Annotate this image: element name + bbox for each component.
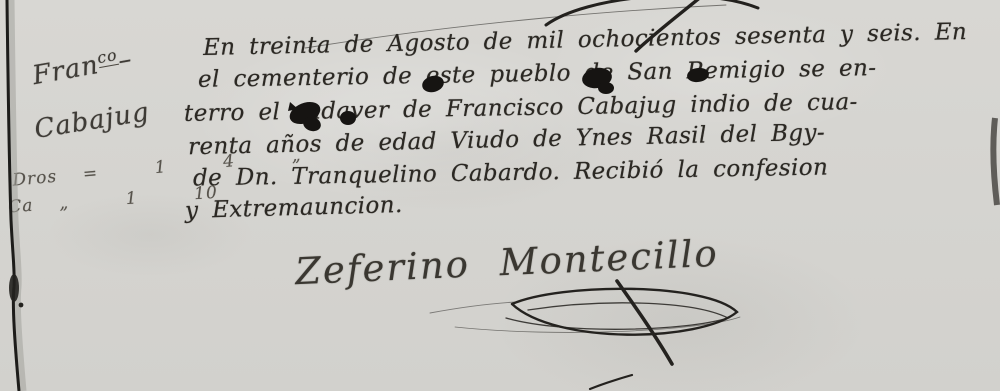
fee-label: Ca	[8, 196, 34, 218]
right-edge-streak	[993, 118, 997, 205]
margin-name-part: Fran	[30, 50, 101, 91]
record-line-2: el cementerio de este pueblo de San Remi…	[198, 55, 877, 93]
fee-label: Dros	[12, 167, 58, 191]
bottom-edge-stroke	[590, 375, 632, 389]
record-line-4: renta años de edad Viudo de Ynes Rasil d…	[188, 120, 826, 160]
record-line-6: y Extremauncion.	[185, 192, 403, 224]
margin-name-dash: –	[116, 44, 135, 76]
margin-deceased-name-line1: Franco–	[30, 43, 135, 91]
margin-deceased-name-line2: Cabajug	[32, 97, 151, 145]
manuscript-page: Franco– Cabajug Dros= 1 4 „ Ca„ 1 10 En …	[0, 0, 1000, 391]
priest-signature: Zeferino Montecillo	[294, 232, 719, 293]
signature-rubric-flourish	[430, 281, 740, 364]
